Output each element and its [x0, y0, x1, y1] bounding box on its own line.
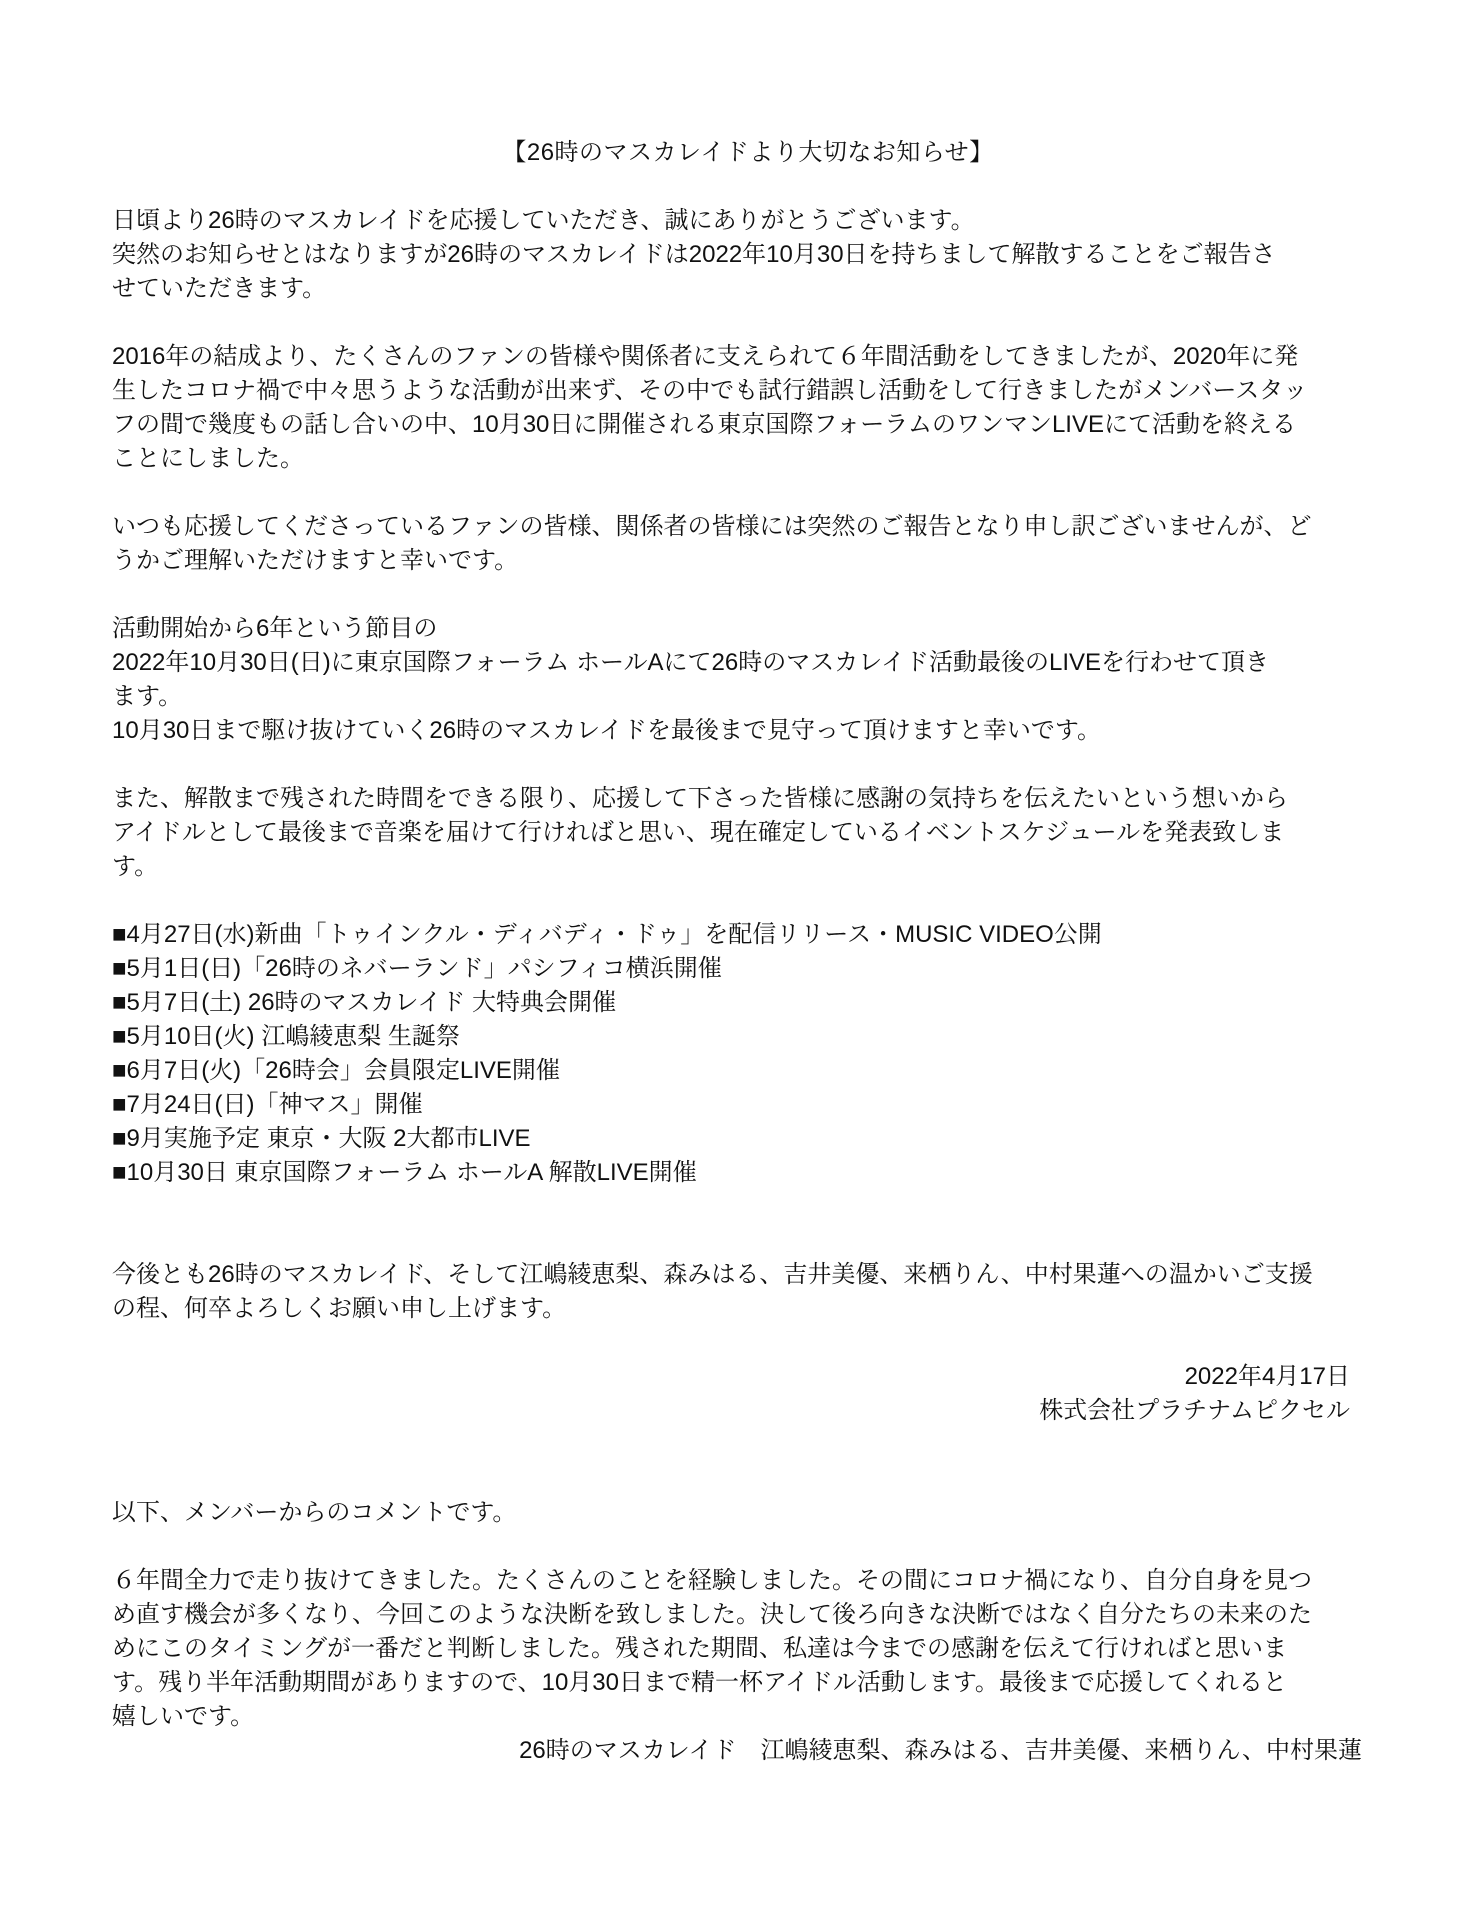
text-line: 日頃より26時のマスカレイドを応援していただき、誠にありがとうございます。 [112, 204, 1384, 238]
text-line: め直す機会が多くなり、今回このような決断を致しました。決して後ろ向きな決断ではな… [112, 1598, 1384, 1632]
text-line: せていただきます。 [112, 272, 1384, 306]
text-line: 10月30日まで駆け抜けていく26時のマスカレイドを最後まで見守って頂けますと幸… [112, 714, 1384, 748]
paragraph-history: 2016年の結成より、たくさんのファンの皆様や関係者に支えられて６年間活動をして… [112, 340, 1384, 476]
text-line: 嬉しいです。 [112, 1700, 1384, 1734]
text-line: 2022年10月30日(日)に東京国際フォーラム ホールAにて26時のマスカレイ… [112, 646, 1384, 680]
text-line: ■4月27日(水)新曲「トゥインクル・ディバディ・ドゥ」を配信リリース・MUSI… [112, 918, 1384, 952]
paragraph-schedule-intro: また、解散まで残された時間をできる限り、応援して下さった皆様に感謝の気持ちを伝え… [112, 782, 1384, 884]
text-line: めにこのタイミングが一番だと判断しました。残された期間、私達は今までの感謝を伝え… [112, 1632, 1384, 1666]
text-line: ます。 [112, 680, 1384, 714]
paragraph-final-live: 活動開始から6年という節目の2022年10月30日(日)に東京国際フォーラム ホ… [112, 612, 1384, 748]
text-line: ■5月10日(火) 江嶋綾恵梨 生誕祭 [112, 1020, 1384, 1054]
paragraph-intro: 日頃より26時のマスカレイドを応援していただき、誠にありがとうございます。突然の… [112, 204, 1384, 306]
signoff-block: 2022年4月17日 株式会社プラチナムピクセル [112, 1360, 1384, 1428]
text-line: ■5月1日(日)「26時のネバーランド」パシフィコ横浜開催 [112, 952, 1384, 986]
text-line: 生したコロナ禍で中々思うような活動が出来ず、その中でも試行錯誤し活動をして行きま… [112, 374, 1384, 408]
text-line: 2016年の結成より、たくさんのファンの皆様や関係者に支えられて６年間活動をして… [112, 340, 1384, 374]
text-line: ■9月実施予定 東京・大阪 2大都市LIVE [112, 1122, 1384, 1156]
paragraph-apology: いつも応援してくださっているファンの皆様、関係者の皆様には突然のご報告となり申し… [112, 510, 1384, 578]
event-schedule-list: ■4月27日(水)新曲「トゥインクル・ディバディ・ドゥ」を配信リリース・MUSI… [112, 918, 1384, 1190]
text-line: ことにしました。 [112, 442, 1384, 476]
text-line: 活動開始から6年という節目の [112, 612, 1384, 646]
signoff-date: 2022年4月17日 [112, 1360, 1350, 1394]
paragraph-member-comment: ６年間全力で走り抜けてきました。たくさんのことを経験しました。その間にコロナ禍に… [112, 1564, 1384, 1734]
paragraph-support-request: 今後とも26時のマスカレイド、そして江嶋綾恵梨、森みはる、吉井美優、来栖りん、中… [112, 1258, 1384, 1326]
member-signature: 26時のマスカレイド 江嶋綾恵梨、森みはる、吉井美優、来栖りん、中村果蓮 [112, 1734, 1384, 1768]
text-line: アイドルとして最後まで音楽を届けて行ければと思い、現在確定しているイベントスケジ… [112, 816, 1384, 850]
text-line: の程、何卒よろしくお願い申し上げます。 [112, 1292, 1384, 1326]
text-line: ■10月30日 東京国際フォーラム ホールA 解散LIVE開催 [112, 1156, 1384, 1190]
comments-intro: 以下、メンバーからのコメントです。 [112, 1496, 1384, 1530]
signoff-company: 株式会社プラチナムピクセル [112, 1394, 1350, 1428]
text-line: ■6月7日(火)「26時会」会員限定LIVE開催 [112, 1054, 1384, 1088]
text-line: 今後とも26時のマスカレイド、そして江嶋綾恵梨、森みはる、吉井美優、来栖りん、中… [112, 1258, 1384, 1292]
text-line: ■7月24日(日)「神マス」開催 [112, 1088, 1384, 1122]
text-line: ■5月7日(土) 26時のマスカレイド 大特典会開催 [112, 986, 1384, 1020]
text-line: 突然のお知らせとはなりますが26時のマスカレイドは2022年10月30日を持ちま… [112, 238, 1384, 272]
text-line: ６年間全力で走り抜けてきました。たくさんのことを経験しました。その間にコロナ禍に… [112, 1564, 1384, 1598]
text-line: す。 [112, 850, 1384, 884]
comments-intro-text: 以下、メンバーからのコメントです。 [112, 1496, 1384, 1530]
text-line: いつも応援してくださっているファンの皆様、関係者の皆様には突然のご報告となり申し… [112, 510, 1384, 544]
announcement-page: 【26時のマスカレイドより大切なお知らせ】 日頃より26時のマスカレイドを応援し… [0, 0, 1484, 1920]
text-line: フの間で幾度もの話し合いの中、10月30日に開催される東京国際フォーラムのワンマ… [112, 408, 1384, 442]
text-line: す。残り半年活動期間がありますので、10月30日まで精一杯アイドル活動します。最… [112, 1666, 1384, 1700]
text-line: うかご理解いただけますと幸いです。 [112, 544, 1384, 578]
text-line: また、解散まで残された時間をできる限り、応援して下さった皆様に感謝の気持ちを伝え… [112, 782, 1384, 816]
page-title: 【26時のマスカレイドより大切なお知らせ】 [112, 136, 1384, 170]
